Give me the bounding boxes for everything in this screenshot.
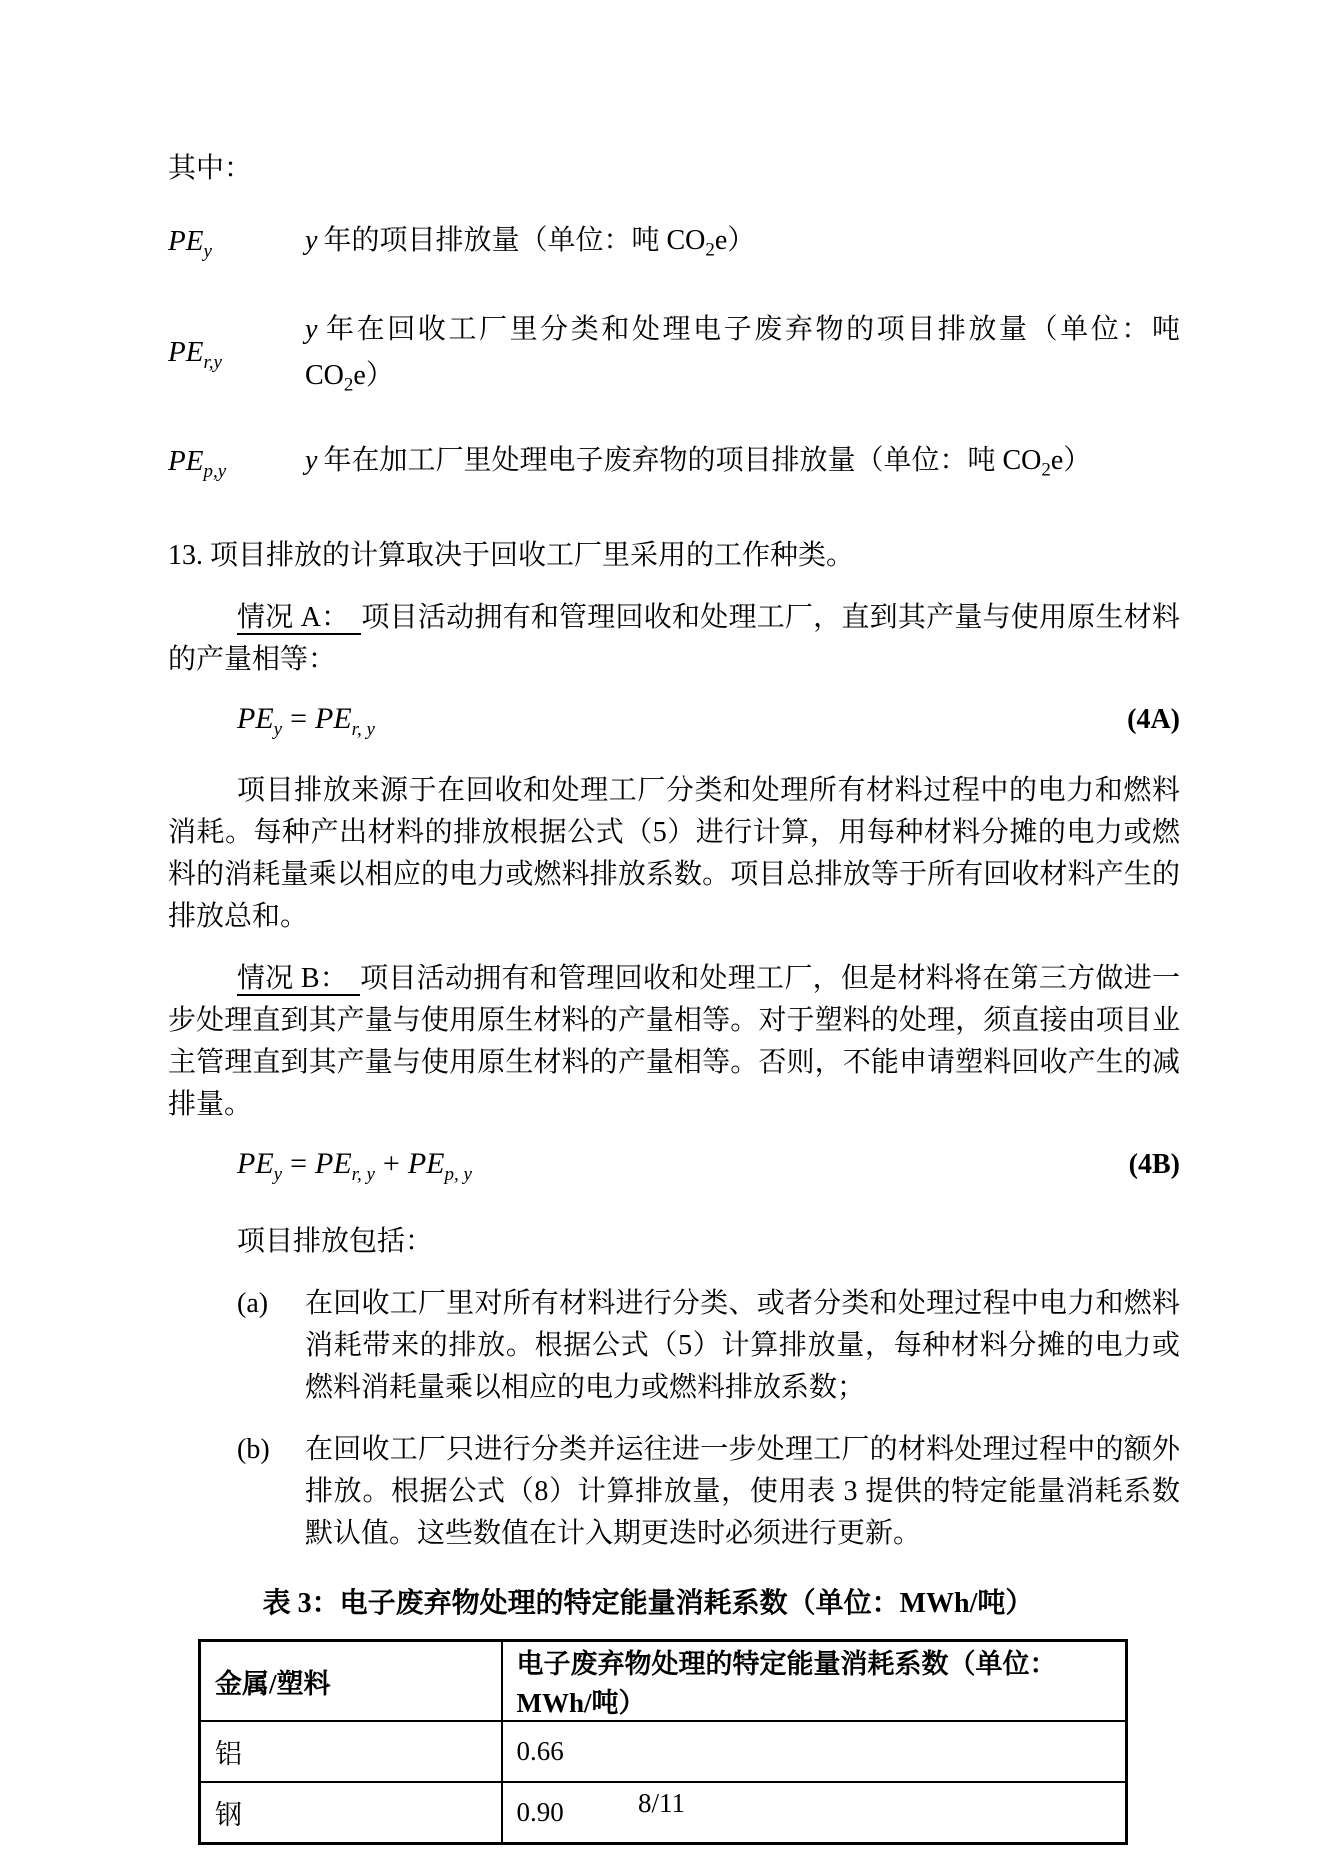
table-3-title: 表 3：电子废弃物处理的特定能量消耗系数（单位：MWh/吨） bbox=[168, 1581, 1128, 1621]
table-cell-material: 铝 bbox=[200, 1721, 502, 1782]
case-a-paragraph: 情况 A：项目活动拥有和管理回收和处理工厂，直到其产量与使用原生材料的产量相等： bbox=[168, 597, 1180, 681]
formula-4a: PEy=PEr, y bbox=[237, 697, 375, 752]
where-label: 其中： bbox=[168, 148, 1180, 190]
includes-label: 项目排放包括： bbox=[237, 1221, 1180, 1263]
list-item-a-marker: (a) bbox=[237, 1283, 305, 1409]
case-b-paragraph: 情况 B：项目活动拥有和管理回收和处理工厂，但是材料将在第三方做进一步处理直到其… bbox=[168, 958, 1180, 1126]
table-header-row: 金属/塑料 电子废弃物处理的特定能量消耗系数（单位：MWh/吨） bbox=[200, 1641, 1127, 1722]
formula-4b: PEy=PEr, y+PEp, y bbox=[237, 1142, 472, 1197]
clause-13-number: 13. bbox=[168, 540, 203, 571]
list-item-b-marker: (b) bbox=[237, 1429, 305, 1555]
table-header-metal: 金属/塑料 bbox=[200, 1641, 502, 1722]
formula-4b-row: PEy=PEr, y+PEp, y (4B) bbox=[168, 1142, 1180, 1197]
table-cell-value: 0.66 bbox=[502, 1721, 1127, 1782]
case-a-label: 情况 A： bbox=[237, 602, 361, 635]
formula-4a-row: PEy=PEr, y (4A) bbox=[168, 697, 1180, 752]
formula-4b-number: (4B) bbox=[1129, 1149, 1180, 1181]
definition-row-pe-y: PEy y年的项目排放量（单位：吨 CO2e） bbox=[168, 218, 1180, 275]
list-item-b-text: 在回收工厂只进行分类并运往进一步处理工厂的材料处理过程中的额外排放。根据公式（8… bbox=[305, 1429, 1180, 1555]
page-content: 其中： PEy y年的项目排放量（单位：吨 CO2e） PEr,y y年在回收工… bbox=[168, 148, 1180, 1845]
term-pe-ry: PEr,y bbox=[168, 329, 305, 386]
definition-row-pe-ry: PEr,y y年在回收工厂里分类和处理电子废弃物的项目排放量（单位：吨 CO2e… bbox=[168, 307, 1180, 409]
table-header-coefficient: 电子废弃物处理的特定能量消耗系数（单位：MWh/吨） bbox=[502, 1641, 1127, 1722]
table-row: 铝 0.66 bbox=[200, 1721, 1127, 1782]
definition-row-pe-py: PEp,y y年在加工厂里处理电子废弃物的项目排放量（单位：吨 CO2e） bbox=[168, 438, 1180, 495]
clause-13-text: 项目排放的计算取决于回收工厂里采用的工作种类。 bbox=[203, 540, 854, 571]
term-pe-y: PEy bbox=[168, 218, 305, 275]
formula-4a-number: (4A) bbox=[1127, 704, 1180, 736]
page-number: 8/11 bbox=[0, 1788, 1323, 1819]
case-b-label: 情况 B： bbox=[237, 963, 360, 996]
document-page: 其中： PEy y年的项目排放量（单位：吨 CO2e） PEr,y y年在回收工… bbox=[0, 0, 1323, 1871]
case-a-detail-paragraph: 项目排放来源于在回收和处理工厂分类和处理所有材料过程中的电力和燃料消耗。每种产出… bbox=[168, 770, 1180, 938]
list-item-b: (b) 在回收工厂只进行分类并运往进一步处理工厂的材料处理过程中的额外排放。根据… bbox=[237, 1429, 1180, 1555]
definition-pe-y-text: y年的项目排放量（单位：吨 CO2e） bbox=[305, 218, 1180, 274]
list-item-a: (a) 在回收工厂里对所有材料进行分类、或者分类和处理过程中电力和燃料消耗带来的… bbox=[237, 1283, 1180, 1409]
term-pe-py: PEp,y bbox=[168, 438, 305, 495]
list-item-a-text: 在回收工厂里对所有材料进行分类、或者分类和处理过程中电力和燃料消耗带来的排放。根… bbox=[305, 1283, 1180, 1409]
definition-pe-py-text: y年在加工厂里处理电子废弃物的项目排放量（单位：吨 CO2e） bbox=[305, 438, 1180, 494]
clause-13: 13. 项目排放的计算取决于回收工厂里采用的工作种类。 bbox=[168, 535, 1180, 577]
definition-pe-ry-text: y年在回收工厂里分类和处理电子废弃物的项目排放量（单位：吨 CO2e） bbox=[305, 307, 1180, 409]
